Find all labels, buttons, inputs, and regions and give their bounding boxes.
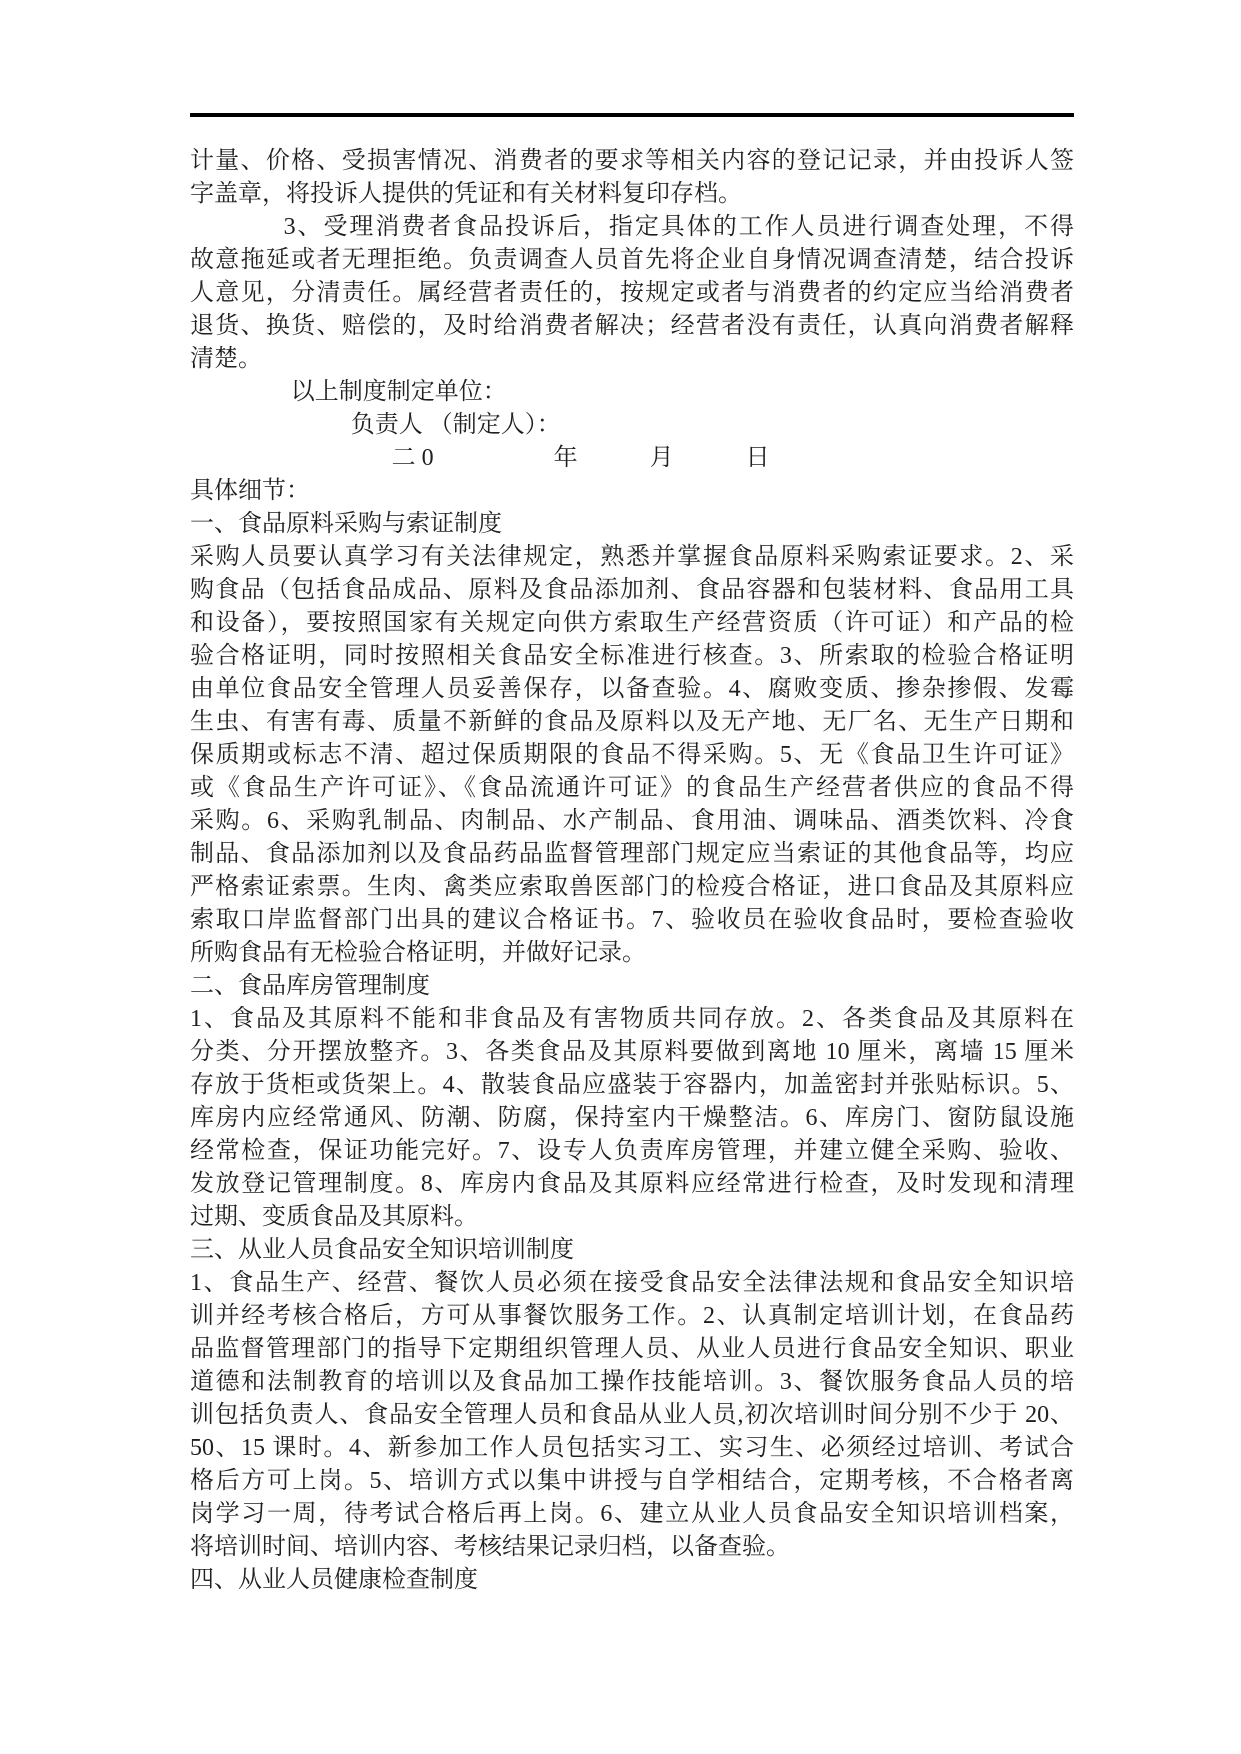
text-line: 人意见，分清责任。属经营者责任的，按规定或者与消费者的约定应当给消费者 — [190, 277, 1074, 310]
text-line: 索取口岸监督部门出具的建议合格证书。7、验收员在验收食品时，要检查验收 — [190, 904, 1074, 937]
text-line: 二、食品库房管理制度 — [190, 970, 1074, 1003]
text-line: 分类、分开摆放整齐。3、各类食品及其原料要做到离地 10 厘米，离墙 15 厘米 — [190, 1036, 1074, 1069]
paragraph-section-1-heading: 一、食品原料采购与索证制度 — [190, 508, 1074, 541]
paragraph-issuing-unit-line: 以上制度制定单位： — [190, 376, 1074, 409]
paragraph-section-2-heading: 二、食品库房管理制度 — [190, 970, 1074, 1003]
text-line: 负责人 （制定人）： — [190, 409, 1074, 442]
text-line: 故意拖延或者无理拒绝。负责调查人员首先将企业自身情况调查清楚，结合投诉 — [190, 244, 1074, 277]
text-line: 经常检查，保证功能完好。7、设专人负责库房管理，并建立健全采购、验收、 — [190, 1135, 1074, 1168]
text-line: 计量、价格、受损害情况、消费者的要求等相关内容的登记记录，并由投诉人签 — [190, 145, 1074, 178]
paragraph-complaint-record-continuation: 计量、价格、受损害情况、消费者的要求等相关内容的登记记录，并由投诉人签字盖章，将… — [190, 145, 1074, 211]
text-line: 道德和法制教育的培训以及食品加工操作技能培训。3、餐饮服务食品人员的培 — [190, 1366, 1074, 1399]
text-line: 具体细节： — [190, 475, 1074, 508]
text-line: 或《食品生产许可证》、《食品流通许可证》的食品生产经营者供应的食品不得 — [190, 772, 1074, 805]
text-line: 50、15 课时。4、新参加工作人员包括实习工、实习生、必须经过培训、考试合 — [190, 1432, 1074, 1465]
document-page: 计量、价格、受损害情况、消费者的要求等相关内容的登记记录，并由投诉人签字盖章，将… — [0, 0, 1241, 1754]
paragraph-date-blank-line: 二 0 年 月 日 — [190, 442, 1074, 475]
text-line: 1、食品及其原料不能和非食品及有害物质共同存放。2、各类食品及其原料在 — [190, 1003, 1074, 1036]
text-line: 采购。6、采购乳制品、肉制品、水产制品、食用油、调味品、酒类饮料、冷食 — [190, 805, 1074, 838]
paragraph-details-heading: 具体细节： — [190, 475, 1074, 508]
paragraph-section-3-body: 1、食品生产、经营、餐饮人员必须在接受食品安全法律法规和食品安全知识培训并经考核… — [190, 1267, 1074, 1564]
paragraph-section-3-heading: 三、从业人员食品安全知识培训制度 — [190, 1234, 1074, 1267]
text-line: 训并经考核合格后，方可从事餐饮服务工作。2、认真制定培训计划，在食品药 — [190, 1300, 1074, 1333]
text-line: 清楚。 — [190, 343, 1074, 376]
text-line: 字盖章，将投诉人提供的凭证和有关材料复印存档。 — [190, 178, 1074, 211]
text-line: 生虫、有害有毒、质量不新鲜的食品及原料以及无产地、无厂名、无生产日期和 — [190, 706, 1074, 739]
text-line: 四、从业人员健康检查制度 — [190, 1564, 1074, 1597]
paragraph-section-1-body: 采购人员要认真学习有关法律规定，熟悉并掌握食品原料采购索证要求。2、采购食品（包… — [190, 541, 1074, 970]
text-line: 验合格证明，同时按照相关食品安全标准进行核查。3、所索取的检验合格证明 — [190, 640, 1074, 673]
text-line: 品监督管理部门的指导下定期组织管理人员、从业人员进行食品安全知识、职业 — [190, 1333, 1074, 1366]
text-line: 将培训时间、培训内容、考核结果记录归档，以备查验。 — [190, 1531, 1074, 1564]
text-line: 3、受理消费者食品投诉后，指定具体的工作人员进行调查处理，不得 — [190, 211, 1074, 244]
text-line: 库房内应经常通风、防潮、防腐，保持室内干燥整洁。6、库房门、窗防鼠设施 — [190, 1102, 1074, 1135]
text-line: 1、食品生产、经营、餐饮人员必须在接受食品安全法律法规和食品安全知识培 — [190, 1267, 1074, 1300]
text-line: 二 0 年 月 日 — [190, 442, 1074, 475]
text-line: 制品、食品添加剂以及食品药品监督管理部门规定应当索证的其他食品等，均应 — [190, 838, 1074, 871]
text-line: 购食品（包括食品成品、原料及食品添加剂、食品容器和包装材料、食品用工具 — [190, 574, 1074, 607]
text-line: 退货、换货、赔偿的，及时给消费者解决；经营者没有责任，认真向消费者解释 — [190, 310, 1074, 343]
document-body: 计量、价格、受损害情况、消费者的要求等相关内容的登记记录，并由投诉人签字盖章，将… — [190, 145, 1074, 1597]
paragraph-section-2-body: 1、食品及其原料不能和非食品及有害物质共同存放。2、各类食品及其原料在分类、分开… — [190, 1003, 1074, 1234]
text-line: 岗学习一周，待考试合格后再上岗。6、建立从业人员食品安全知识培训档案， — [190, 1498, 1074, 1531]
text-line: 和设备），要按照国家有关规定向供方索取生产经营资质（许可证）和产品的检 — [190, 607, 1074, 640]
text-line: 严格索证索票。生肉、禽类应索取兽医部门的检疫合格证，进口食品及其原料应 — [190, 871, 1074, 904]
text-line: 格后方可上岗。5、培训方式以集中讲授与自学相结合，定期考核，不合格者离 — [190, 1465, 1074, 1498]
paragraph-responsible-person-line: 负责人 （制定人）： — [190, 409, 1074, 442]
text-line: 一、食品原料采购与索证制度 — [190, 508, 1074, 541]
text-line: 采购人员要认真学习有关法律规定，熟悉并掌握食品原料采购索证要求。2、采 — [190, 541, 1074, 574]
text-line: 存放于货柜或货架上。4、散装食品应盛装于容器内，加盖密封并张贴标识。5、 — [190, 1069, 1074, 1102]
page-header-divider — [190, 113, 1074, 117]
text-line: 保质期或标志不清、超过保质期限的食品不得采购。5、无《食品卫生许可证》 — [190, 739, 1074, 772]
text-line: 训包括负责人、食品安全管理人员和食品从业人员,初次培训时间分别不少于 20、 — [190, 1399, 1074, 1432]
text-line: 过期、变质食品及其原料。 — [190, 1201, 1074, 1234]
text-line: 由单位食品安全管理人员妥善保存，以备查验。4、腐败变质、掺杂掺假、发霉 — [190, 673, 1074, 706]
text-line: 所购食品有无检验合格证明，并做好记录。 — [190, 937, 1074, 970]
paragraph-complaint-handling-item-3: 3、受理消费者食品投诉后，指定具体的工作人员进行调查处理，不得故意拖延或者无理拒… — [190, 211, 1074, 376]
text-line: 以上制度制定单位： — [190, 376, 1074, 409]
paragraph-section-4-heading: 四、从业人员健康检查制度 — [190, 1564, 1074, 1597]
text-line: 发放登记管理制度。8、库房内食品及其原料应经常进行检查，及时发现和清理 — [190, 1168, 1074, 1201]
text-line: 三、从业人员食品安全知识培训制度 — [190, 1234, 1074, 1267]
